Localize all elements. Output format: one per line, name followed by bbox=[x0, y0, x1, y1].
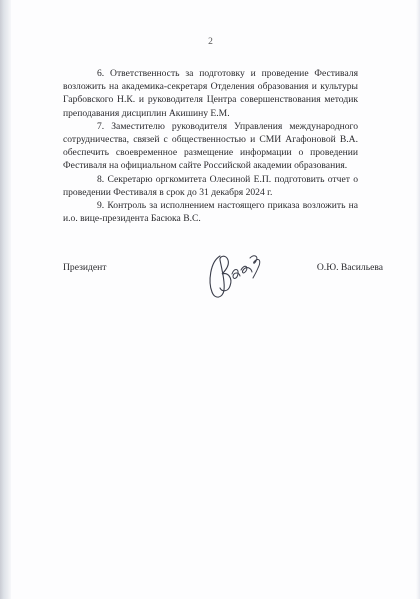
paragraph-text: Ответственность за подготовку и проведен… bbox=[63, 68, 358, 119]
scan-shadow-edge-right bbox=[416, 0, 420, 599]
signatory-name: О.Ю. Васильева bbox=[317, 262, 383, 273]
signature-block: Президент О.Ю. Васильева bbox=[63, 250, 358, 310]
document-body: 6. Ответственность за подготовку и прове… bbox=[63, 67, 358, 225]
paragraph-number: 8. bbox=[97, 174, 104, 185]
paragraph-7: 7. Заместителю руководителя Управления м… bbox=[63, 120, 358, 173]
paragraph-number: 7. bbox=[97, 121, 104, 132]
signatory-title: Президент bbox=[63, 262, 107, 273]
paragraph-number: 9. bbox=[97, 200, 104, 211]
paragraph-9: 9. Контроль за исполнением настоящего пр… bbox=[63, 199, 358, 225]
document-page: 2 6. Ответственность за подготовку и про… bbox=[63, 0, 358, 599]
scan-shadow-edge bbox=[0, 0, 11, 599]
paragraph-8: 8. Секретарю оргкомитета Олесиной Е.П. п… bbox=[63, 173, 358, 199]
paragraph-6: 6. Ответственность за подготовку и прове… bbox=[63, 67, 358, 120]
handwritten-signature-icon bbox=[206, 248, 266, 303]
paragraph-text: Контроль за исполнением настоящего прика… bbox=[63, 200, 358, 224]
paragraph-text: Заместителю руководителя Управления межд… bbox=[63, 121, 358, 172]
paragraph-number: 6. bbox=[97, 68, 104, 79]
page-number: 2 bbox=[63, 37, 358, 47]
paragraph-text: Секретарю оргкомитета Олесиной Е.П. подг… bbox=[63, 174, 358, 198]
